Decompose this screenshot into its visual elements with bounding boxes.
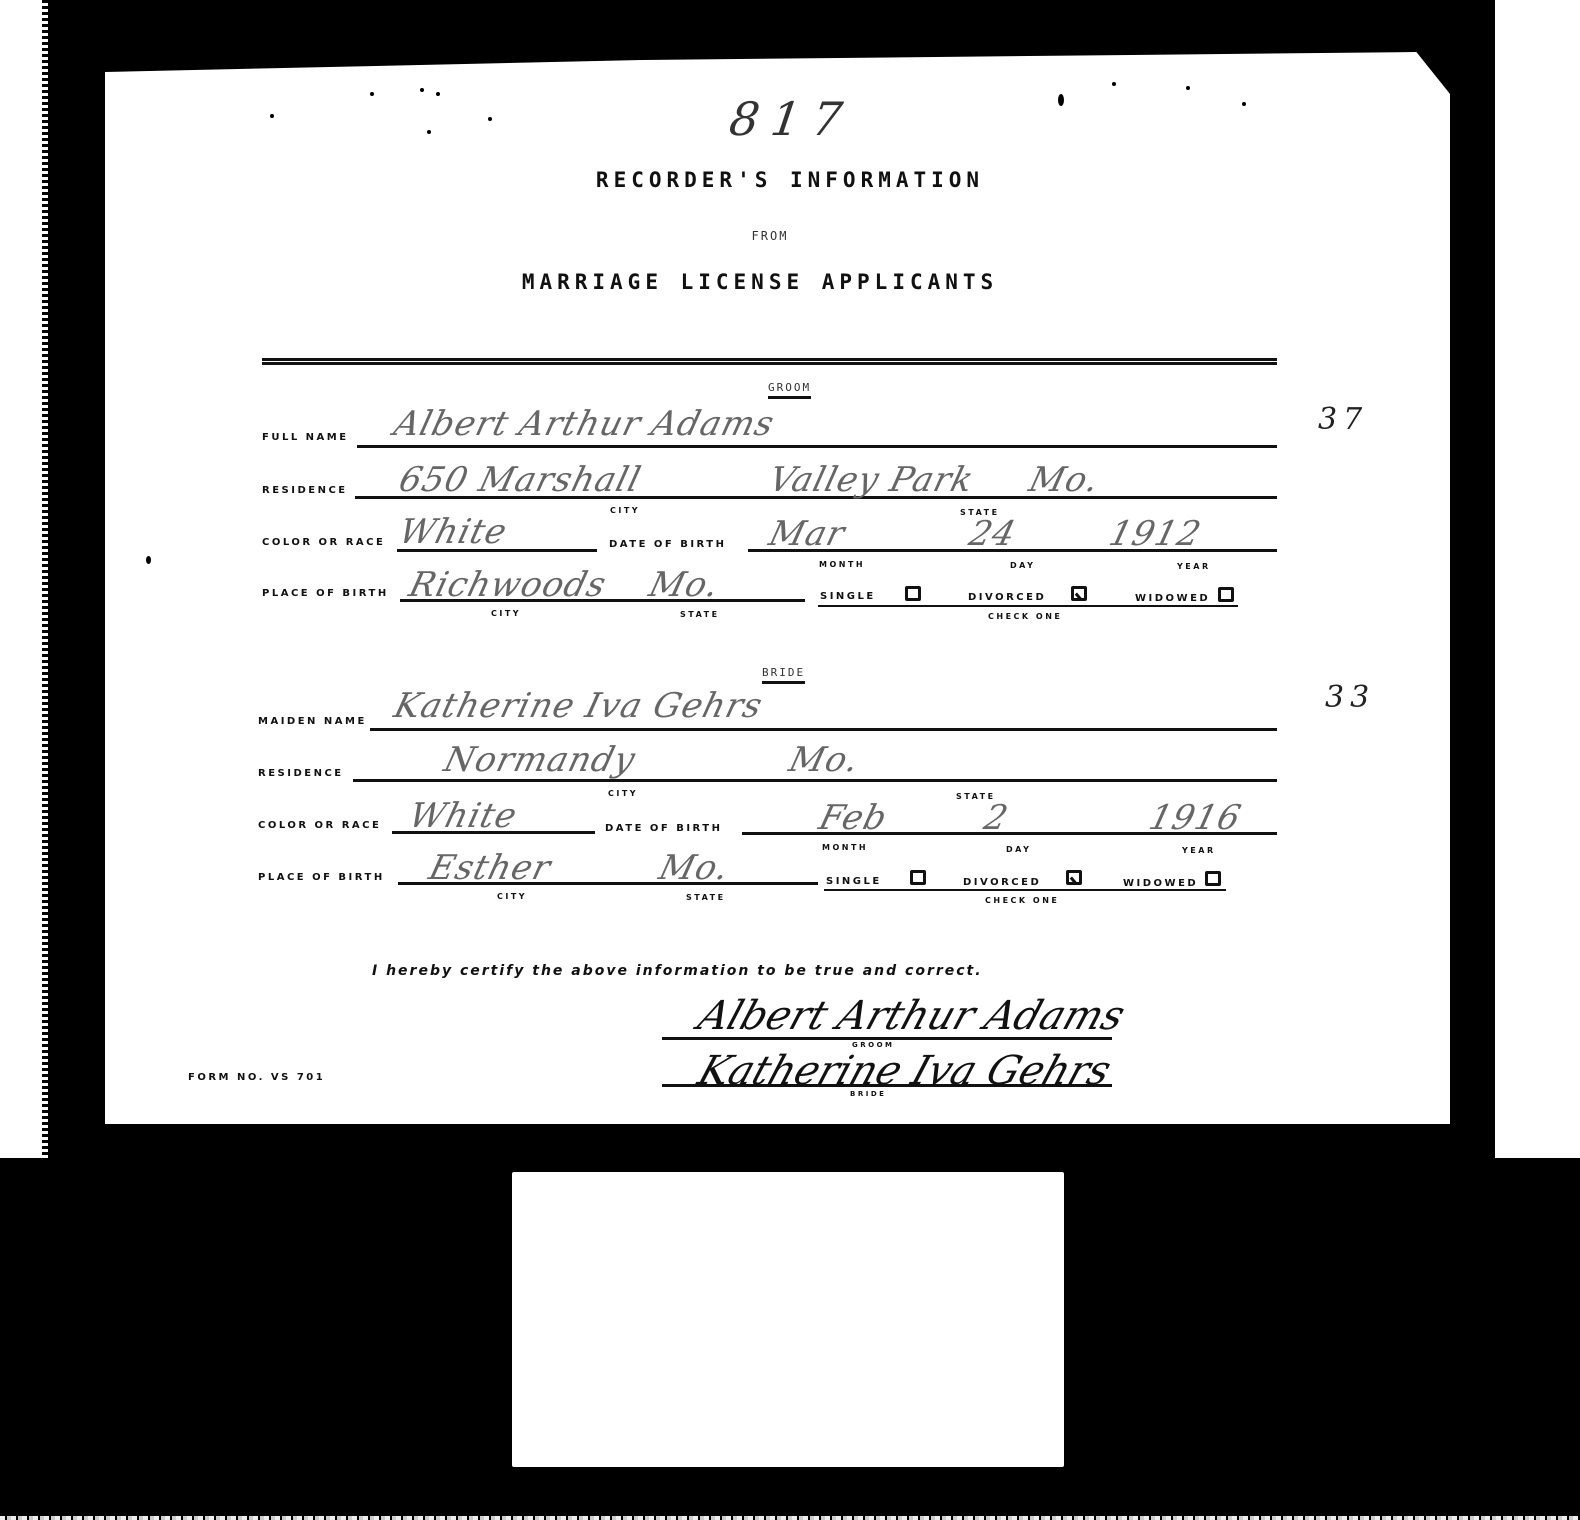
form-number: FORM NO. VS 701 — [188, 1072, 325, 1083]
groom-birth-city[interactable]: Richwoods — [405, 565, 611, 605]
record-number: 817 — [726, 92, 857, 146]
speck — [146, 556, 151, 564]
header-divider — [262, 358, 1277, 365]
groom-residence-street[interactable]: 650 Marshall — [395, 460, 645, 500]
groom-dob-month[interactable]: Mar — [765, 514, 849, 554]
bride-residence-state[interactable]: Mo. — [785, 740, 863, 780]
certification-statement: I hereby certify the above information t… — [372, 963, 983, 979]
bride-single-label: SINGLE — [826, 876, 882, 887]
groom-birthplace-label: PLACE OF BIRTH — [262, 588, 389, 599]
groom-birth-city-sublabel: CITY — [491, 609, 521, 618]
groom-year-sublabel: YEAR — [1177, 562, 1211, 571]
groom-residence-city[interactable]: Valley Park — [765, 460, 978, 500]
bride-dob-month[interactable]: Feb — [815, 798, 892, 838]
groom-check-one-sublabel: CHECK ONE — [988, 612, 1062, 621]
bride-widowed-checkbox[interactable] — [1205, 871, 1221, 886]
groom-race-label: COLOR OR RACE — [262, 537, 385, 548]
bride-residence-label: RESIDENCE — [258, 768, 344, 779]
bride-widowed-label: WIDOWED — [1123, 878, 1198, 889]
groom-status-line — [818, 605, 1238, 607]
form-subtitle: MARRIAGE LICENSE APPLICANTS — [0, 270, 1520, 294]
speck — [1242, 102, 1246, 106]
bride-check-one-sublabel: CHECK ONE — [985, 896, 1059, 905]
speck — [370, 92, 374, 96]
groom-residence-city-sublabel: CITY — [610, 506, 640, 515]
groom-month-sublabel: MONTH — [819, 560, 865, 569]
groom-day-sublabel: DAY — [1010, 561, 1035, 570]
groom-full-name-value[interactable]: Albert Arthur Adams — [390, 404, 779, 444]
bride-section-heading: BRIDE — [762, 666, 805, 684]
groom-race-value[interactable]: White — [395, 512, 511, 552]
bride-birth-state-sublabel: STATE — [686, 893, 726, 902]
groom-single-checkbox[interactable] — [905, 586, 921, 601]
speck — [427, 130, 431, 134]
bride-divorced-checkbox[interactable] — [1066, 870, 1082, 885]
speck — [270, 114, 274, 118]
bride-race-value[interactable]: White — [405, 796, 521, 836]
bride-maiden-name-line — [370, 728, 1277, 731]
bride-dob-year[interactable]: 1916 — [1145, 798, 1246, 838]
bride-residence-city-sublabel: CITY — [608, 789, 638, 798]
bride-signature-label: BRIDE — [850, 1090, 886, 1098]
bride-dob-label: DATE OF BIRTH — [605, 823, 723, 834]
groom-section-heading: GROOM — [768, 381, 811, 399]
bride-signature[interactable]: Katherine Iva Gehrs — [693, 1048, 1117, 1094]
bride-single-checkbox[interactable] — [910, 870, 926, 885]
groom-widowed-label: WIDOWED — [1135, 593, 1210, 604]
groom-residence-label: RESIDENCE — [262, 485, 348, 496]
speck — [1058, 94, 1064, 106]
groom-birth-state-sublabel: STATE — [680, 610, 720, 619]
bride-month-sublabel: MONTH — [822, 843, 868, 852]
groom-dob-year[interactable]: 1912 — [1105, 514, 1206, 554]
groom-full-name-label: FULL NAME — [262, 432, 349, 443]
bride-signature-line — [662, 1084, 1112, 1087]
speck — [436, 92, 440, 96]
bride-age: 33 — [1325, 680, 1375, 715]
bride-birth-city-sublabel: CITY — [497, 892, 527, 901]
groom-birth-state[interactable]: Mo. — [645, 565, 723, 605]
bride-status-line — [824, 889, 1226, 891]
bride-year-sublabel: YEAR — [1182, 846, 1216, 855]
groom-full-name-line — [357, 445, 1277, 448]
groom-divorced-label: DIVORCED — [968, 592, 1046, 603]
bride-race-label: COLOR OR RACE — [258, 820, 381, 831]
speck — [1186, 86, 1190, 90]
speck — [488, 117, 492, 121]
bride-residence-city[interactable]: Normandy — [440, 740, 640, 780]
groom-dob-label: DATE OF BIRTH — [609, 539, 727, 550]
groom-widowed-checkbox[interactable] — [1218, 587, 1234, 602]
bride-day-sublabel: DAY — [1006, 845, 1031, 854]
bride-birth-city[interactable]: Esther — [425, 848, 555, 888]
groom-signature[interactable]: Albert Arthur Adams — [693, 993, 1131, 1039]
groom-divorced-checkbox[interactable] — [1071, 586, 1087, 601]
bride-maiden-name-value[interactable]: Katherine Iva Gehrs — [390, 686, 767, 726]
speck — [420, 88, 424, 92]
blank-card — [512, 1172, 1064, 1467]
bride-birthplace-label: PLACE OF BIRTH — [258, 872, 385, 883]
bride-birth-state[interactable]: Mo. — [655, 848, 733, 888]
groom-single-label: SINGLE — [820, 591, 876, 602]
bride-maiden-name-label: MAIDEN NAME — [258, 716, 367, 727]
groom-residence-state[interactable]: Mo. — [1025, 460, 1103, 500]
groom-age: 37 — [1318, 402, 1368, 437]
groom-signature-line — [662, 1037, 1112, 1040]
form-subtitle-connector: FROM — [0, 229, 1540, 243]
form-title: RECORDER'S INFORMATION — [0, 168, 1580, 192]
bride-divorced-label: DIVORCED — [963, 877, 1041, 888]
speck — [1112, 82, 1116, 86]
scan-edge-bottom — [0, 1516, 1580, 1520]
